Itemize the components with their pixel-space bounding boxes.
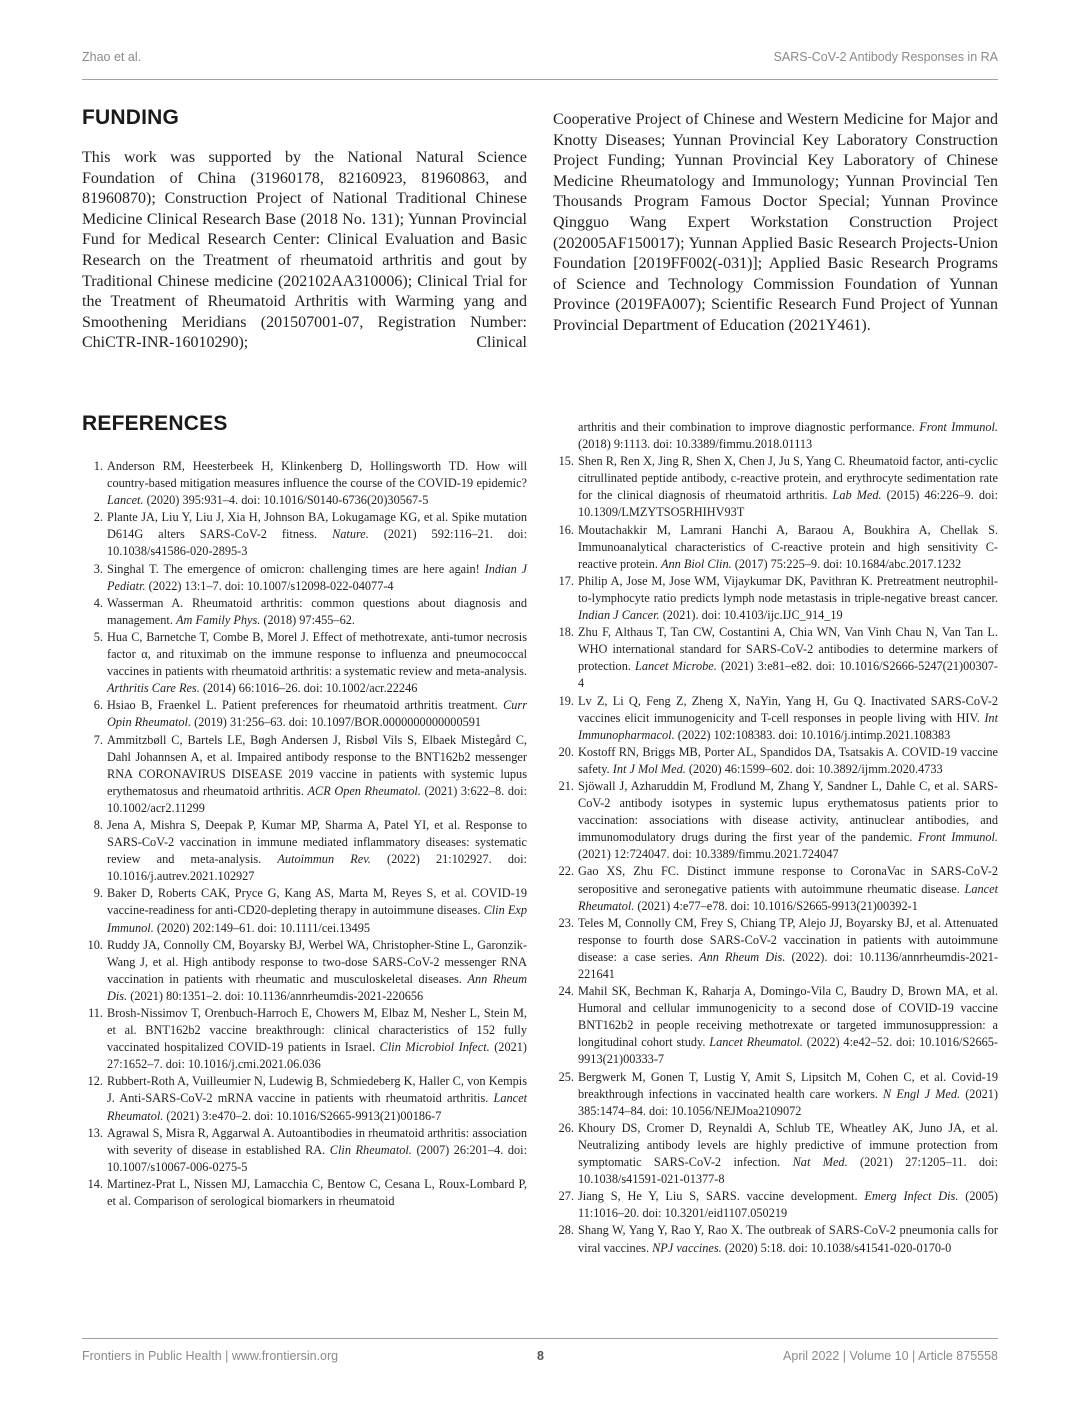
reference-journal: Ann Biol Clin. bbox=[661, 557, 732, 571]
reference-number: 6. bbox=[82, 697, 103, 714]
reference-number: 1. bbox=[82, 458, 103, 475]
reference-journal: Lancet Microbe. bbox=[635, 659, 717, 673]
reference-item: 28.Shang W, Yang Y, Rao Y, Rao X. The ou… bbox=[553, 1222, 998, 1256]
funding-heading: FUNDING bbox=[82, 106, 527, 130]
reference-number: 23. bbox=[553, 915, 574, 932]
reference-item: 3.Singhal T. The emergence of omicron: c… bbox=[82, 561, 527, 595]
reference-number: 9. bbox=[82, 885, 103, 902]
reference-journal: Lab Med. bbox=[833, 488, 882, 502]
reference-number: 21. bbox=[553, 778, 574, 795]
footer-issue-info: April 2022 | Volume 10 | Article 875558 bbox=[783, 1349, 998, 1363]
reference-item: 18.Zhu F, Althaus T, Tan CW, Costantini … bbox=[553, 624, 998, 692]
reference-number: 2. bbox=[82, 509, 103, 526]
reference-item: 10.Ruddy JA, Connolly CM, Boyarsky BJ, W… bbox=[82, 937, 527, 1005]
reference-text: Rubbert-Roth A, Vuilleumier N, Ludewig B… bbox=[107, 1074, 527, 1105]
reference-item: 6.Hsiao B, Fraenkel L. Patient preferenc… bbox=[82, 697, 527, 731]
reference-number: 19. bbox=[553, 693, 574, 710]
reference-item: 21.Sjöwall J, Azharuddin M, Frodlund M, … bbox=[553, 778, 998, 863]
header-divider bbox=[82, 79, 998, 80]
reference-journal: Autoimmun Rev. bbox=[277, 852, 370, 866]
reference-number: 4. bbox=[82, 595, 103, 612]
reference-number: 28. bbox=[553, 1222, 574, 1239]
reference-item: 14.Martinez-Prat L, Nissen MJ, Lamacchia… bbox=[82, 1176, 527, 1210]
reference-journal: Arthritis Care Res. bbox=[107, 681, 200, 695]
reference-journal: Clin Microbiol Infect. bbox=[380, 1040, 490, 1054]
reference-number: 10. bbox=[82, 937, 103, 954]
reference-journal: Front Immunol. bbox=[918, 830, 998, 844]
reference-number: 8. bbox=[82, 817, 103, 834]
reference-item: 5.Hua C, Barnetche T, Combe B, Morel J. … bbox=[82, 629, 527, 697]
references-section-right: arthritis and their combination to impro… bbox=[553, 419, 998, 1257]
reference-number: 16. bbox=[553, 522, 574, 539]
reference-journal: Ann Rheum Dis. bbox=[699, 950, 785, 964]
reference-citation: (2021) 12:724047. doi: 10.3389/fimmu.202… bbox=[578, 847, 839, 861]
reference-text: Philip A, Jose M, Jose WM, Vijaykumar DK… bbox=[578, 574, 998, 605]
reference-journal: Nat Med. bbox=[793, 1155, 848, 1169]
reference-text: Hua C, Barnetche T, Combe B, Morel J. Ef… bbox=[107, 630, 527, 678]
reference-citation: (2021). doi: 10.4103/ijc.IJC_914_19 bbox=[660, 608, 843, 622]
reference-item: 16.Moutachakkir M, Lamrani Hanchi A, Bar… bbox=[553, 522, 998, 573]
reference-item: 25.Bergwerk M, Gonen T, Lustig Y, Amit S… bbox=[553, 1069, 998, 1120]
reference-text: Martinez-Prat L, Nissen MJ, Lamacchia C,… bbox=[107, 1177, 527, 1208]
reference-item: 11.Brosh-Nissimov T, Orenbuch-Harroch E,… bbox=[82, 1005, 527, 1073]
reference-number: 3. bbox=[82, 561, 103, 578]
reference-citation: (2021) 4:e77–e78. doi: 10.1016/S2665-991… bbox=[634, 899, 917, 913]
reference-text: Jiang S, He Y, Liu S, SARS. vaccine deve… bbox=[578, 1189, 864, 1203]
funding-section-left: FUNDING This work was supported by the N… bbox=[82, 106, 527, 354]
reference-citation: (2020) 46:1599–602. doi: 10.3892/ijmm.20… bbox=[686, 762, 943, 776]
reference-number: 5. bbox=[82, 629, 103, 646]
footer-divider bbox=[82, 1338, 998, 1339]
reference-number: 25. bbox=[553, 1069, 574, 1086]
reference-item: 27.Jiang S, He Y, Liu S, SARS. vaccine d… bbox=[553, 1188, 998, 1222]
reference-item: 15.Shen R, Ren X, Jing R, Shen X, Chen J… bbox=[553, 453, 998, 521]
reference-item: 23.Teles M, Connolly CM, Frey S, Chiang … bbox=[553, 915, 998, 983]
page-number: 8 bbox=[537, 1349, 544, 1363]
reference-citation: (2020) 395:931–4. doi: 10.1016/S0140-673… bbox=[144, 493, 429, 507]
reference-item: 9.Baker D, Roberts CAK, Pryce G, Kang AS… bbox=[82, 885, 527, 936]
reference-text: Gao XS, Zhu FC. Distinct immune response… bbox=[578, 864, 998, 895]
funding-text-part2: Cooperative Project of Chinese and Weste… bbox=[553, 110, 998, 337]
reference-number: 26. bbox=[553, 1120, 574, 1137]
footer-journal-site: Frontiers in Public Health | www.frontie… bbox=[82, 1349, 338, 1363]
reference-number: 7. bbox=[82, 732, 103, 749]
reference-text: Anderson RM, Heesterbeek H, Klinkenberg … bbox=[107, 459, 527, 490]
reference-item: 17.Philip A, Jose M, Jose WM, Vijaykumar… bbox=[553, 573, 998, 624]
reference-journal: Nature. bbox=[332, 527, 369, 541]
reference-item: 12.Rubbert-Roth A, Vuilleumier N, Ludewi… bbox=[82, 1073, 527, 1124]
reference-citation: (2014) 66:1016–26. doi: 10.1002/acr.2224… bbox=[200, 681, 418, 695]
running-head-authors: Zhao et al. bbox=[82, 50, 141, 64]
reference-number: 22. bbox=[553, 863, 574, 880]
reference-journal: Int J Mol Med. bbox=[613, 762, 686, 776]
reference-item: 1.Anderson RM, Heesterbeek H, Klinkenber… bbox=[82, 458, 527, 509]
reference-list-left: 1.Anderson RM, Heesterbeek H, Klinkenber… bbox=[82, 458, 527, 1210]
reference-text: Lv Z, Li Q, Feng Z, Zheng X, NaYin, Yang… bbox=[578, 694, 998, 725]
reference-citation: (2020) 202:149–61. doi: 10.1111/cei.1349… bbox=[154, 921, 370, 935]
reference-number: 15. bbox=[553, 453, 574, 470]
reference-14-continuation: arthritis and their combination to impro… bbox=[553, 419, 998, 453]
reference-citation: (2017) 75:225–9. doi: 10.1684/abc.2017.1… bbox=[732, 557, 962, 571]
reference-journal: Lancet Rheumatol. bbox=[709, 1035, 803, 1049]
reference-citation: (2022) 13:1–7. doi: 10.1007/s12098-022-0… bbox=[146, 579, 394, 593]
reference-number: 12. bbox=[82, 1073, 103, 1090]
reference-item: 7.Ammitzbøll C, Bartels LE, Bøgh Anderse… bbox=[82, 732, 527, 817]
reference-citation: (2021) 3:e470–2. doi: 10.1016/S2665-9913… bbox=[163, 1109, 441, 1123]
funding-section-right: Cooperative Project of Chinese and Weste… bbox=[553, 110, 998, 337]
reference-number: 27. bbox=[553, 1188, 574, 1205]
reference-journal: Front Immunol. bbox=[919, 420, 998, 434]
references-heading: REFERENCES bbox=[82, 412, 527, 436]
reference-number: 14. bbox=[82, 1176, 103, 1193]
reference-text: Hsiao B, Fraenkel L. Patient preferences… bbox=[107, 698, 503, 712]
reference-item: 19.Lv Z, Li Q, Feng Z, Zheng X, NaYin, Y… bbox=[553, 693, 998, 744]
reference-number: 24. bbox=[553, 983, 574, 1000]
reference-item: 8.Jena A, Mishra S, Deepak P, Kumar MP, … bbox=[82, 817, 527, 885]
reference-number: 11. bbox=[82, 1005, 103, 1022]
reference-item: 2.Plante JA, Liu Y, Liu J, Xia H, Johnso… bbox=[82, 509, 527, 560]
reference-item: 20.Kostoff RN, Briggs MB, Porter AL, Spa… bbox=[553, 744, 998, 778]
reference-number: 18. bbox=[553, 624, 574, 641]
reference-number: 17. bbox=[553, 573, 574, 590]
references-section-left: REFERENCES 1.Anderson RM, Heesterbeek H,… bbox=[82, 412, 527, 1210]
reference-journal: ACR Open Rheumatol. bbox=[308, 784, 421, 798]
reference-text: Baker D, Roberts CAK, Pryce G, Kang AS, … bbox=[107, 886, 527, 917]
reference-journal: Emerg Infect Dis. bbox=[864, 1189, 958, 1203]
reference-number: 13. bbox=[82, 1125, 103, 1142]
funding-text-part1: This work was supported by the National … bbox=[82, 148, 527, 354]
reference-citation: (2018) 97:455–62. bbox=[260, 613, 355, 627]
reference-item: 24.Mahil SK, Bechman K, Raharja A, Domin… bbox=[553, 983, 998, 1068]
reference-journal: Clin Rheumatol. bbox=[330, 1143, 412, 1157]
reference-item: 4.Wasserman A. Rheumatoid arthritis: com… bbox=[82, 595, 527, 629]
reference-citation: (2020) 5:18. doi: 10.1038/s41541-020-017… bbox=[722, 1241, 952, 1255]
reference-citation: (2022) 102:108383. doi: 10.1016/j.intimp… bbox=[675, 728, 951, 742]
reference-item: 22.Gao XS, Zhu FC. Distinct immune respo… bbox=[553, 863, 998, 914]
reference-item: 13.Agrawal S, Misra R, Aggarwal A. Autoa… bbox=[82, 1125, 527, 1176]
reference-text: Singhal T. The emergence of omicron: cha… bbox=[107, 562, 485, 576]
running-head: Zhao et al. SARS-CoV-2 Antibody Response… bbox=[82, 50, 998, 70]
reference-text: Ruddy JA, Connolly CM, Boyarsky BJ, Werb… bbox=[107, 938, 527, 986]
reference-citation: (2021) 80:1351–2. doi: 10.1136/annrheumd… bbox=[127, 989, 423, 1003]
reference-journal: NPJ vaccines. bbox=[652, 1241, 722, 1255]
reference-number: 20. bbox=[553, 744, 574, 761]
reference-journal: Am Family Phys. bbox=[176, 613, 260, 627]
reference-journal: N Engl J Med. bbox=[883, 1087, 960, 1101]
reference-citation: (2019) 31:256–63. doi: 10.1097/BOR.00000… bbox=[191, 715, 481, 729]
reference-journal: Lancet. bbox=[107, 493, 144, 507]
running-head-title: SARS-CoV-2 Antibody Responses in RA bbox=[774, 50, 998, 64]
reference-item: 26.Khoury DS, Cromer D, Reynaldi A, Schl… bbox=[553, 1120, 998, 1188]
reference-journal: Indian J Cancer. bbox=[578, 608, 660, 622]
reference-list-right: 15.Shen R, Ren X, Jing R, Shen X, Chen J… bbox=[553, 453, 998, 1256]
